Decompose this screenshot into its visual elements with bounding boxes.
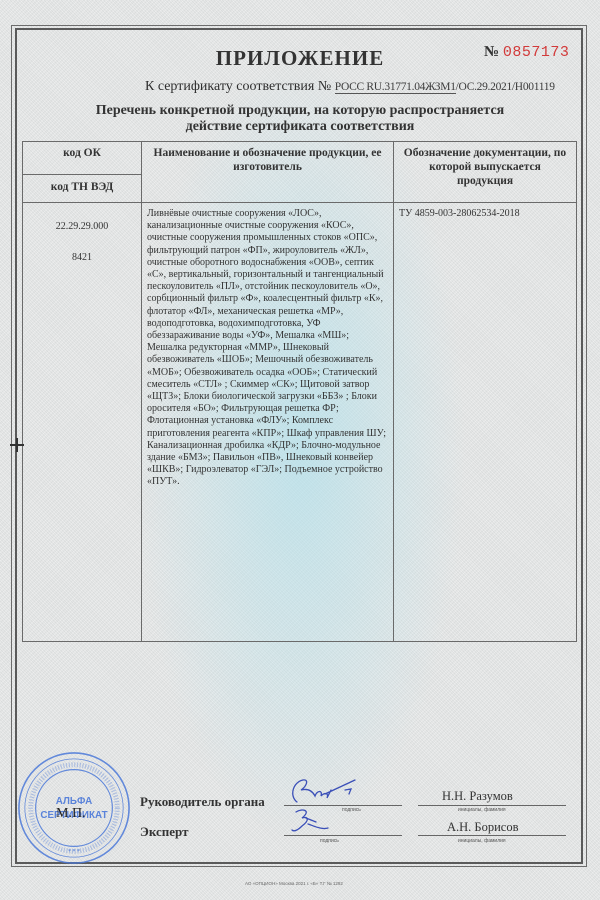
expert-label: Эксперт: [140, 824, 188, 840]
code-ok-value: 22.29.29.000: [23, 221, 141, 232]
crosshair-mark-icon: [10, 438, 24, 452]
header-documentation: Обозначение документации, по которой вып…: [394, 142, 577, 203]
table-row: 22.29.29.000 8421 Ливнёвые очистные соор…: [23, 203, 577, 642]
serial-number-value: 0857173: [503, 44, 570, 61]
header-code-ok: код ОК: [23, 142, 142, 175]
expert-name-caption: инициалы, фамилия: [458, 838, 506, 844]
head-name: Н.Н. Разумов: [442, 789, 513, 804]
documentation-value: ТУ 4859-003-28062534-2018: [394, 203, 577, 642]
expert-signature-icon: [288, 806, 338, 836]
codes-cell: 22.29.29.000 8421: [23, 203, 142, 642]
header-product-name: Наименование и обозначение продукции, ее…: [142, 142, 394, 203]
serial-number: № 0857173: [484, 44, 569, 61]
seal-placeholder: М.П.: [56, 806, 86, 822]
products-table: код ОК Наименование и обозначение продук…: [22, 141, 577, 642]
expert-name: А.Н. Борисов: [447, 820, 519, 835]
serial-prefix: №: [484, 44, 499, 60]
certificate-number: РОСС RU.31771.04ЖЗМ1/ОС.29.2021/Н001119: [335, 81, 555, 94]
subtitle-line-2: действие сертификата соответствия: [60, 119, 540, 135]
head-name-line: [418, 805, 566, 806]
certificate-number-suffix: /ОС.29.2021/Н001119: [456, 81, 555, 93]
head-name-caption: инициалы, фамилия: [458, 807, 506, 813]
certificate-label: К сертификату соответствия №: [145, 79, 331, 94]
head-of-body-label: Руководитель органа: [140, 794, 265, 810]
expert-name-line: [418, 835, 566, 836]
subtitle-line-1: Перечень конкретной продукции, на котору…: [60, 103, 540, 119]
printer-note: АО «ОПЦИОН» Москва 2021 г. «Б» Т.Г № 129…: [245, 881, 343, 886]
product-description: Ливнёвые очистные сооружения «ЛОС», кана…: [142, 203, 394, 642]
head-signature-icon: [285, 776, 365, 806]
head-signature-caption: подпись: [342, 807, 361, 813]
expert-signature-caption: подпись: [320, 838, 339, 844]
code-tnved-value: 8421: [23, 252, 141, 263]
svg-text:* * *: * * *: [68, 849, 80, 855]
header-code-tnved: код ТН ВЭД: [23, 175, 142, 203]
document-subtitle: Перечень конкретной продукции, на котору…: [60, 103, 540, 135]
table-header-row: код ОК Наименование и обозначение продук…: [23, 142, 577, 175]
certificate-reference: К сертификату соответствия № РОСС RU.317…: [145, 79, 555, 95]
certificate-number-main: РОСС RU.31771.04ЖЗМ1: [335, 81, 456, 94]
